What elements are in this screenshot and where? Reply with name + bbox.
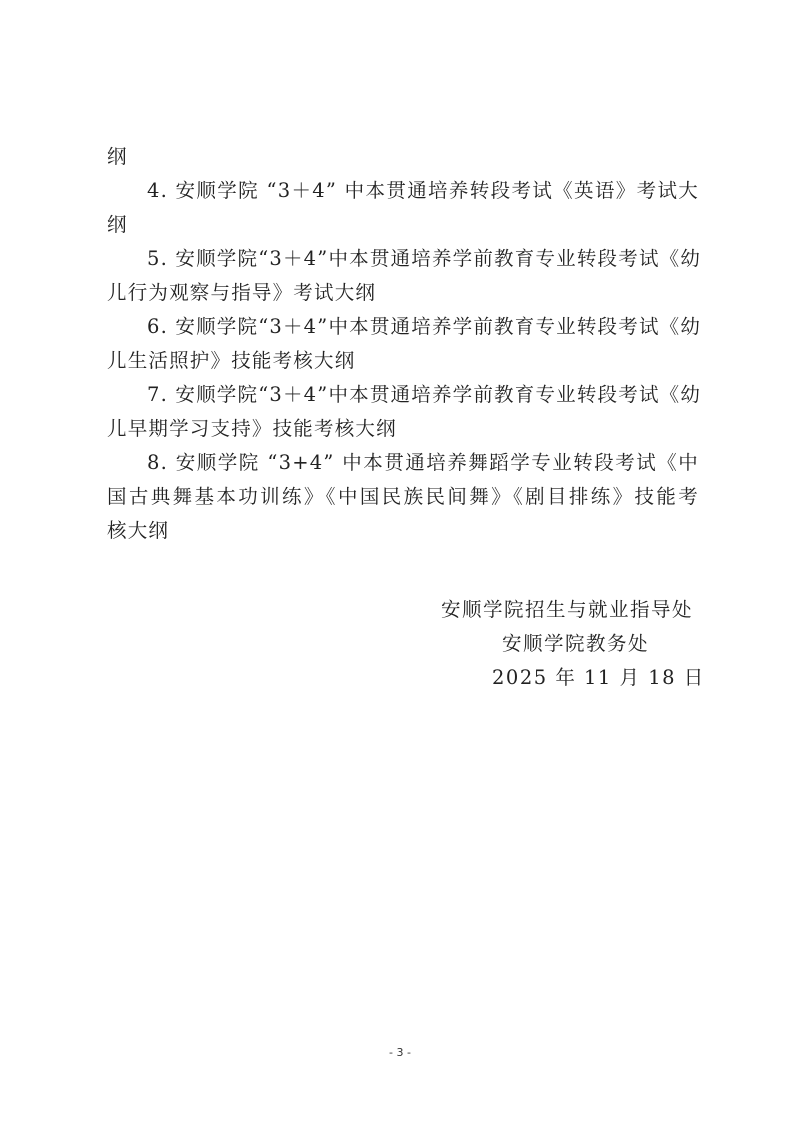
attachment-line: 儿行为观察与指导》考试大纲 <box>107 276 699 310</box>
attachment-item-4: 4. 安顺学院 “3＋4” 中本贯通培养转段考试《英语》考试大 <box>147 174 699 208</box>
page-number: - 3 - <box>0 1046 800 1059</box>
attachment-item-5: 5. 安顺学院“3＋4”中本贯通培养学前教育专业转段考试《幼 <box>147 242 699 276</box>
signature-org-academic-affairs: 安顺学院教务处 <box>502 627 649 661</box>
signature-org-admissions: 安顺学院招生与就业指导处 <box>441 593 693 627</box>
document-page: 纲 4. 安顺学院 “3＋4” 中本贯通培养转段考试《英语》考试大 纲 5. 安… <box>0 0 800 1132</box>
attachment-line: 纲 <box>107 140 699 174</box>
signature-date: 2025 年 11 月 18 日 <box>492 661 705 695</box>
attachment-item-6: 6. 安顺学院“3＋4”中本贯通培养学前教育专业转段考试《幼 <box>147 310 699 344</box>
attachment-line: 国古典舞基本功训练》《中国民族民间舞》《剧目排练》技能考 <box>107 480 699 514</box>
attachment-line: 儿生活照护》技能考核大纲 <box>107 344 699 378</box>
attachment-line: 纲 <box>107 208 699 242</box>
attachment-item-8: 8. 安顺学院 “3+4” 中本贯通培养舞蹈学专业转段考试《中 <box>147 446 699 480</box>
attachment-line: 核大纲 <box>107 514 699 548</box>
attachment-line: 儿早期学习支持》技能考核大纲 <box>107 412 699 446</box>
attachment-item-7: 7. 安顺学院“3＋4”中本贯通培养学前教育专业转段考试《幼 <box>147 378 699 412</box>
